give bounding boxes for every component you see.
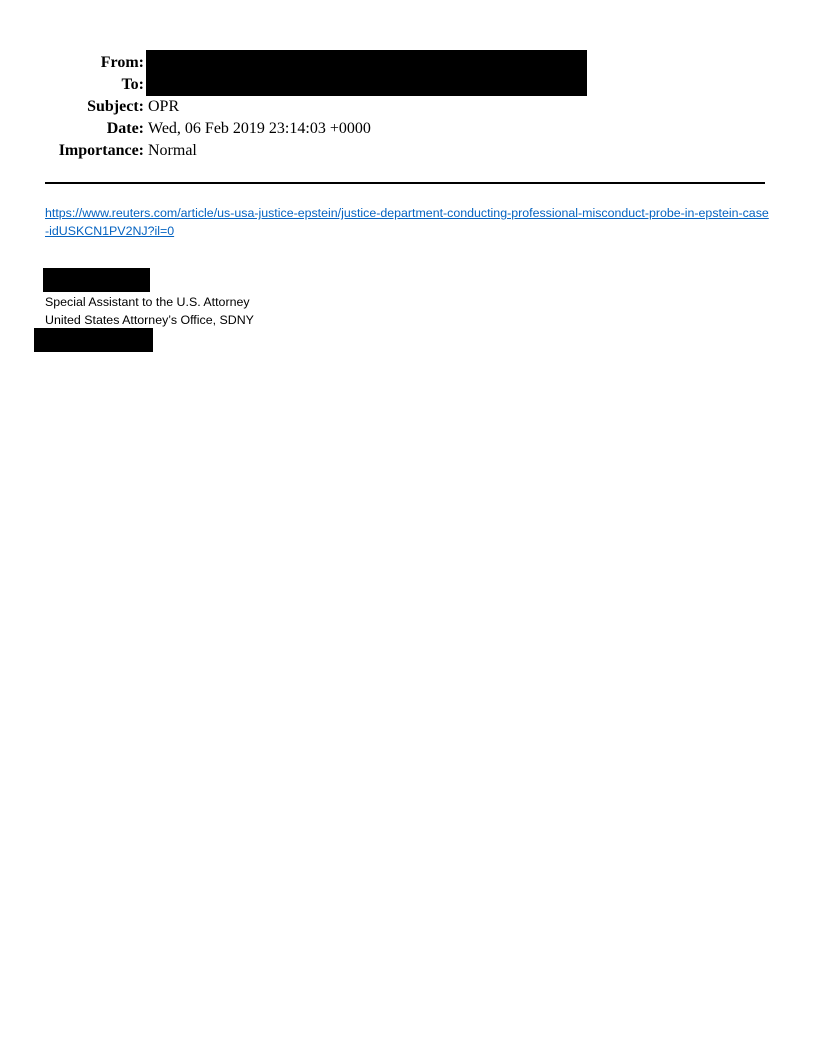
subject-label: Subject: <box>87 96 144 118</box>
to-label: To: <box>121 74 144 96</box>
header-row-date: Date: Wed, 06 Feb 2019 23:14:03 +0000 <box>0 118 816 140</box>
header-divider <box>45 182 765 184</box>
redaction-from-to <box>146 50 587 96</box>
signature-block: Special Assistant to the U.S. Attorney U… <box>45 293 254 329</box>
from-label: From: <box>101 52 144 74</box>
signature-title: Special Assistant to the U.S. Attorney <box>45 293 254 311</box>
date-value: Wed, 06 Feb 2019 23:14:03 +0000 <box>148 118 371 140</box>
importance-value: Normal <box>148 140 197 162</box>
redaction-signature-name <box>43 268 150 292</box>
date-label: Date: <box>107 118 144 140</box>
redaction-signature-contact <box>34 328 153 352</box>
article-link[interactable]: https://www.reuters.com/article/us-usa-j… <box>45 206 769 238</box>
importance-label: Importance: <box>59 140 144 162</box>
header-row-importance: Importance: Normal <box>0 140 816 162</box>
subject-value: OPR <box>148 96 179 118</box>
header-row-subject: Subject: OPR <box>0 96 816 118</box>
email-body: https://www.reuters.com/article/us-usa-j… <box>45 204 770 240</box>
signature-office: United States Attorney’s Office, SDNY <box>45 311 254 329</box>
